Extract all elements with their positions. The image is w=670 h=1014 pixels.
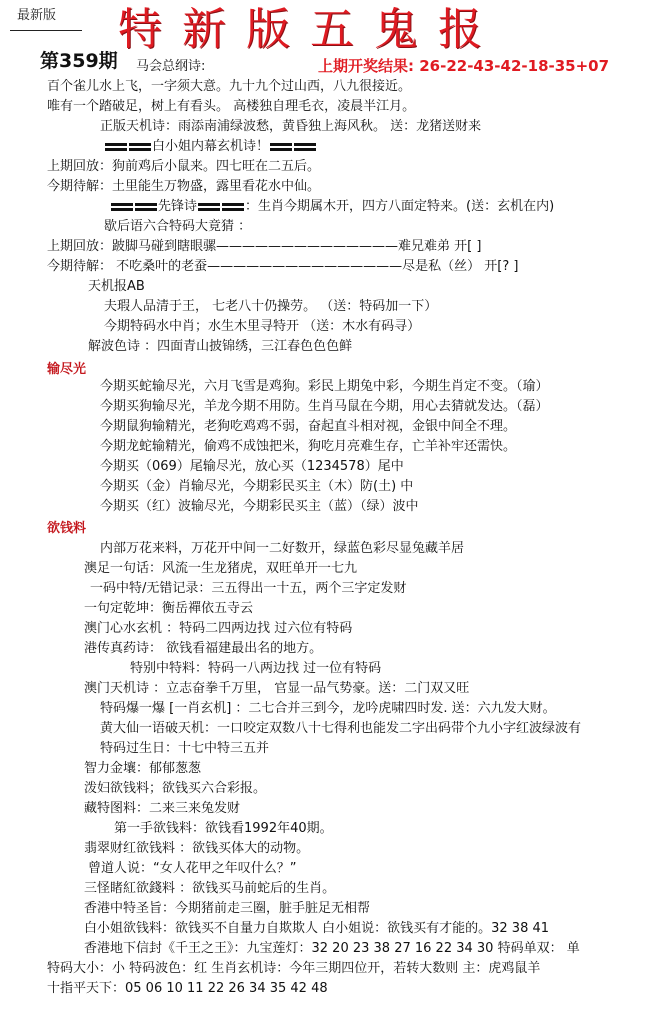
bars-icon (198, 203, 220, 211)
line-text: 上期回放：狗前鸡后小鼠来。四七旺在二五后。 (47, 159, 320, 174)
line-text: 白小姐欲钱料：欲钱买不自量力自欺欺人 白小姐说：欲钱买有才能的。32 38 41 (84, 921, 549, 936)
bars-icon (129, 143, 151, 151)
line-text: 藏特图料：二来三来兔发财 (84, 801, 240, 816)
text-line: 黄大仙一语破天机：一口咬定双数八十七得利也能发二字出码带个九小字红波绿波有 (100, 720, 581, 738)
line-text: 白小姐内幕玄机诗！ (152, 139, 269, 154)
text-line: 百个雀儿水上飞，一字须大意。九十九个过山西，八九很接近。 (47, 78, 411, 96)
line-text: 歇后语六合特码大竟猜 ： (104, 219, 251, 234)
line-text: 今期买狗输尽光，羊龙今期不用防。生肖马鼠在今期，用心去猜就发达。（磊） (100, 399, 549, 414)
text-line: 白小姐欲钱料：欲钱买不自量力自欺欺人 白小姐说：欲钱买有才能的。32 38 41 (84, 920, 549, 938)
line-text: 澳足一句话：风流一生龙猪虎，双旺单开一七九 (84, 561, 357, 576)
text-line: 澳门心水玄机 ：特码二四两边找 过六位有特码 (84, 620, 352, 638)
line-text: 唯有一个踏破足，树上有看头。 高楼独自理毛衣，凌晨半江月。 (47, 99, 415, 114)
line-text: 今期买（红）波输尽光，今期彩民买主（蓝）（绿）波中 (100, 499, 419, 514)
text-line: 今期待解： 不吃桑叶的老蚕———————————————尽是私（丝） 开[? ] (47, 258, 518, 276)
line-text: 先锋诗 (158, 199, 197, 214)
text-line: 泼妇欲钱料；欲钱买六合彩报。 (84, 780, 266, 798)
line-text: 上期回放：跛脚马碰到瞎眼骡——————————————难兄难弟 开[ ] (47, 239, 481, 254)
line-text: 今期买（金）肖输尽光，今期彩民买主（木）防(土) 中 (100, 479, 413, 494)
line-text: 十指平天下：05 06 10 11 22 26 34 35 42 48 (47, 981, 328, 996)
line-text: 一句定乾坤：衡岳禪依五寺云 (84, 601, 253, 616)
section-heading: 欲钱料 (47, 517, 86, 536)
text-line: 翡翠财红欲钱料 ：欲钱买体大的动物。 (84, 840, 309, 858)
text-line: 今期待解：土里能生万物盛，露里看花水中仙。 (47, 178, 320, 196)
line-text: 今期待解：土里能生万物盛，露里看花水中仙。 (47, 179, 320, 194)
line-text: 今期龙蛇输精光，偷鸡不成蚀把米，狗吃月亮难生存，亡羊补牢还需快。 (100, 439, 516, 454)
line-text: 翡翠财红欲钱料 ：欲钱买体大的动物。 (84, 841, 309, 856)
line-text: 港传真药诗： 欲钱看福建最出名的地方。 (84, 641, 322, 656)
text-line: 澳门天机诗 ：立志奋拳千万里， 官显一品气势豪。送：二门双又旺 (84, 680, 469, 698)
text-line: 特码大小：小 特码波色：红 生肖玄机诗：今年三期四位开，若转大数则 主：虎鸡鼠羊 (47, 960, 540, 978)
text-line: 第一手欲钱料：欲钱看1992年40期。 (114, 820, 333, 838)
text-line: 曾道人说：“女人花甲之年叹什么？” (88, 860, 296, 878)
text-line: 一码中特/无错记录：三五得出一十五，两个三字定发财 (90, 580, 406, 598)
text-line: 特别中特料：特码一八两边找 过一位有特码 (130, 660, 381, 678)
text-line: 今期买狗输尽光，羊龙今期不用防。生肖马鼠在今期，用心去猜就发达。（磊） (100, 398, 549, 416)
line-text: 百个雀儿水上飞，一字须大意。九十九个过山西，八九很接近。 (47, 79, 411, 94)
badge-underline (10, 30, 82, 31)
text-line: 解波色诗 ：四面青山披锦绣，三江春色色色鲜 (88, 338, 352, 356)
text-line: 今期特码水中肖；水生木里寻特开 （送：木水有码寻） (104, 318, 420, 336)
issue-number: 第359期 (40, 46, 118, 73)
poem-label: 马会总纲诗: (136, 58, 205, 76)
bars-icon (135, 203, 157, 211)
line-text: 一码中特/无错记录：三五得出一十五，两个三字定发财 (90, 581, 406, 596)
line-text: 特别中特料：特码一八两边找 过一位有特码 (130, 661, 381, 676)
text-line: 今期买蛇输尽光，六月飞雪是鸡狗。彩民上期兔中彩，今期生肖定不变。（瑜） (100, 378, 549, 396)
bars-icon (270, 143, 292, 151)
bars-icon (294, 143, 316, 151)
line-text: 特码爆一爆 [一肖玄机] ：二七合并三到今，龙吟虎啸四时发. 送：六九发大财。 (100, 701, 556, 716)
line-text: 内部万花来料，万花开中间一二好数开，绿蓝色彩尽显兔藏羊居 (100, 541, 464, 556)
text-line: 正版天机诗：雨添南浦绿波愁，黄昏独上海风秋。 送：龙猪送财来 (100, 118, 481, 136)
text-line: 今期龙蛇输精光，偷鸡不成蚀把米，狗吃月亮难生存，亡羊补牢还需快。 (100, 438, 516, 456)
line-text: 夫瑕人品清于王， 七老八十仍操劳。 （送：特码加一下） (104, 299, 437, 314)
bars-icon (222, 203, 244, 211)
bars-icon (105, 143, 127, 151)
line-text: 今期买（069）尾输尽光，放心买（1234578）尾中 (100, 459, 404, 474)
line-text: 香港地下信封《千王之王》：九宝莲灯：32 20 23 38 27 16 22 3… (84, 941, 580, 956)
line-text: 澳门心水玄机 ：特码二四两边找 过六位有特码 (84, 621, 352, 636)
line-text: 今期鼠狗输精光，老狗吃鸡鸡不弱，奋起直斗相对视，金银中间全不理。 (100, 419, 516, 434)
text-line: 智力金壤：郁郁葱葱 (84, 760, 201, 778)
text-line: 歇后语六合特码大竟猜 ： (104, 218, 251, 236)
bars-icon (111, 203, 133, 211)
text-line: 香港地下信封《千王之王》：九宝莲灯：32 20 23 38 27 16 22 3… (84, 940, 580, 958)
text-line: 香港中特圣旨：今期猪前走三圈，脏手脏足无相帮 (84, 900, 370, 918)
result-label: 上期开奖结果: (318, 57, 414, 75)
text-line: 白小姐内幕玄机诗！ (104, 138, 317, 156)
text-line: 今期买（红）波输尽光，今期彩民买主（蓝）（绿）波中 (100, 498, 419, 516)
text-line: 夫瑕人品清于王， 七老八十仍操劳。 （送：特码加一下） (104, 298, 437, 316)
line-text: 解波色诗 ：四面青山披锦绣，三江春色色色鲜 (88, 339, 352, 354)
line-text: 三怪睹紅欲錢料 ：欲钱买马前蛇后的生肖。 (84, 881, 335, 896)
text-line: 藏特图料：二来三来兔发财 (84, 800, 240, 818)
line-text: 黄大仙一语破天机：一口咬定双数八十七得利也能发二字出码带个九小字红波绿波有 (100, 721, 581, 736)
line-text: 智力金壤：郁郁葱葱 (84, 761, 201, 776)
text-line: 今期鼠狗输精光，老狗吃鸡鸡不弱，奋起直斗相对视，金银中间全不理。 (100, 418, 516, 436)
line-text: 曾道人说：“女人花甲之年叹什么？” (88, 861, 296, 876)
line-text: 正版天机诗：雨添南浦绿波愁，黄昏独上海风秋。 送：龙猪送财来 (100, 119, 481, 134)
section-heading: 输尽光 (47, 358, 86, 377)
page-title: 特新版五鬼报 (118, 6, 502, 54)
text-line: 今期买（金）肖输尽光，今期彩民买主（木）防(土) 中 (100, 478, 413, 496)
text-line: 港传真药诗： 欲钱看福建最出名的地方。 (84, 640, 322, 658)
text-line: 上期回放：狗前鸡后小鼠来。四七旺在二五后。 (47, 158, 320, 176)
text-line: 特码过生日：十七中特三五并 (100, 740, 269, 758)
line-text: 今期买蛇输尽光，六月飞雪是鸡狗。彩民上期兔中彩，今期生肖定不变。（瑜） (100, 379, 549, 394)
line-text: 泼妇欲钱料；欲钱买六合彩报。 (84, 781, 266, 796)
text-line: 今期买（069）尾输尽光，放心买（1234578）尾中 (100, 458, 404, 476)
text-line: 三怪睹紅欲錢料 ：欲钱买马前蛇后的生肖。 (84, 880, 335, 898)
line-text: 澳门天机诗 ：立志奋拳千万里， 官显一品气势豪。送：二门双又旺 (84, 681, 469, 696)
text-line: 特码爆一爆 [一肖玄机] ：二七合并三到今，龙吟虎啸四时发. 送：六九发大财。 (100, 700, 556, 718)
text-line: 一句定乾坤：衡岳禪依五寺云 (84, 600, 253, 618)
text-line: 天机报AB (88, 278, 145, 296)
text-line: 唯有一个踏破足，树上有看头。 高楼独自理毛衣，凌晨半江月。 (47, 98, 415, 116)
line-text: 香港中特圣旨：今期猪前走三圈，脏手脏足无相帮 (84, 901, 370, 916)
text-line: 澳足一句话：风流一生龙猪虎，双旺单开一七九 (84, 560, 357, 578)
text-line: 十指平天下：05 06 10 11 22 26 34 35 42 48 (47, 980, 328, 998)
line-text: 特码大小：小 特码波色：红 生肖玄机诗：今年三期四位开，若转大数则 主：虎鸡鼠羊 (47, 961, 540, 976)
line-text: 天机报AB (88, 279, 145, 294)
result-numbers: 26-22-43-42-18-35+07 (419, 57, 609, 75)
line-text: 今期特码水中肖；水生木里寻特开 （送：木水有码寻） (104, 319, 420, 334)
text-line: 上期回放：跛脚马碰到瞎眼骡——————————————难兄难弟 开[ ] (47, 238, 481, 256)
line-text: 今期待解： 不吃桑叶的老蚕———————————————尽是私（丝） 开[? ] (47, 259, 518, 274)
text-line: 先锋诗：生肖今期属木开，四方八面定特来。(送：玄机在内) (110, 198, 554, 216)
text-line: 内部万花来料，万花开中间一二好数开，绿蓝色彩尽显兔藏羊居 (100, 540, 464, 558)
line-text-after: ：生肖今期属木开，四方八面定特来。(送：玄机在内) (245, 199, 554, 214)
edition-badge: 最新版 (17, 4, 56, 23)
last-result: 上期开奖结果: 26-22-43-42-18-35+07 (318, 55, 609, 76)
line-text: 第一手欲钱料：欲钱看1992年40期。 (114, 821, 333, 836)
line-text: 特码过生日：十七中特三五并 (100, 741, 269, 756)
